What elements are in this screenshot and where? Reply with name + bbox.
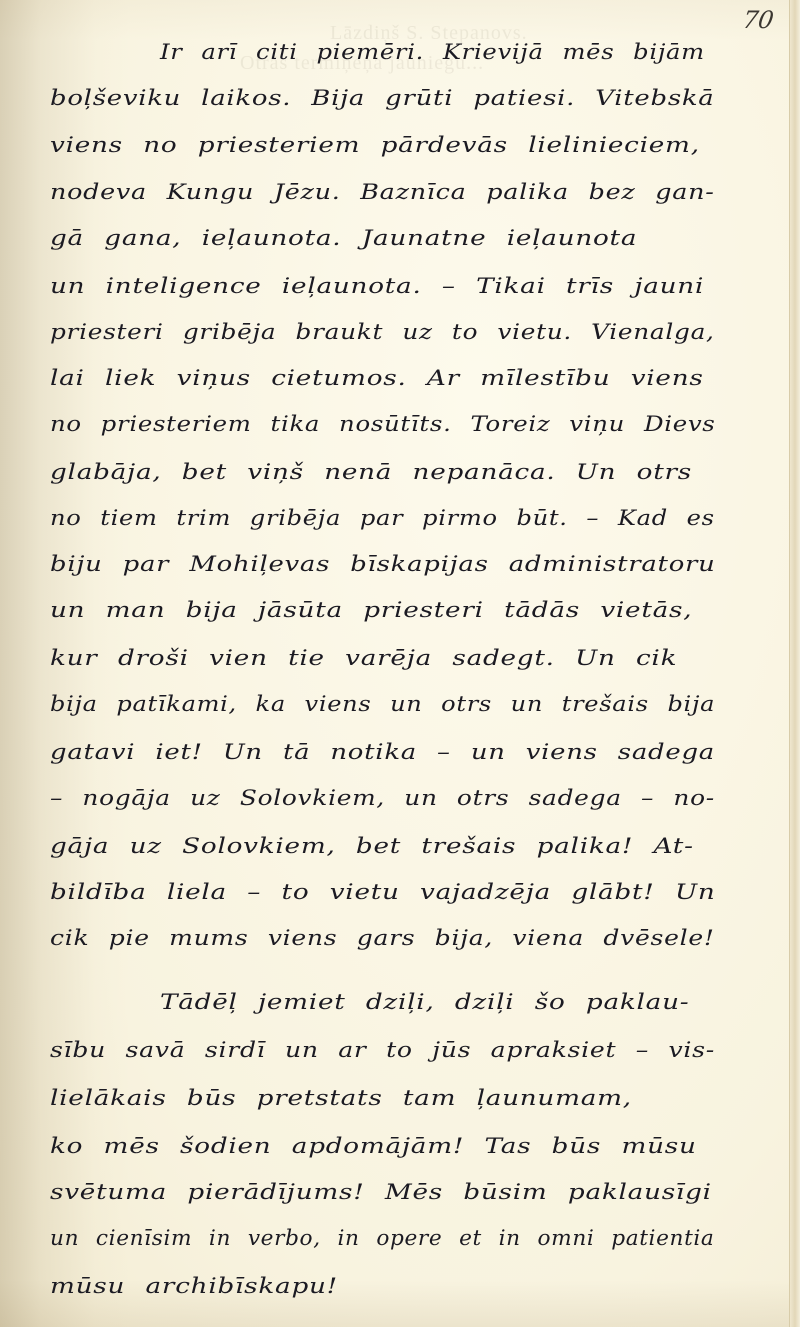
text-line: gā gana, ieļaunota. Jaunatne ieļaunota	[50, 226, 637, 271]
text-line: bildība liela – to vietu vajadzēja glābt…	[50, 880, 715, 925]
text-line: cik pie mums viens gars bija, viena dvēs…	[50, 926, 715, 971]
text-line: no tiem trim gribēja par pirmo būt. – Ka…	[50, 506, 715, 551]
text-line: kur droši vien tie varēja sadegt. Un cik	[50, 646, 677, 691]
text-line: Tādēļ jemiet dziļi, dziļi šo paklau-	[160, 990, 689, 1035]
text-line: sību savā sirdī un ar to jūs apraksiet –…	[50, 1038, 715, 1083]
text-line: viens no priesteriem pārdevās lielinieci…	[50, 133, 700, 178]
text-line: lai liek viņus cietumos. Ar mīlestību vi…	[50, 366, 704, 411]
text-line: – nogāja uz Solovkiem, un otrs sadega – …	[50, 786, 715, 831]
text-line: bija patīkami, ka viens un otrs un treša…	[50, 692, 715, 737]
text-line: mūsu archibīskapu!	[50, 1274, 338, 1319]
text-line: glabāja, bet viņš nenā nepanāca. Un otrs	[50, 460, 692, 505]
page-edge	[789, 0, 800, 1327]
text-line: svētuma pierādījums! Mēs būsim paklausīg…	[50, 1180, 712, 1225]
manuscript-page: Lāzdiņš S. Stepanovs. Otrās termiņeņa ja…	[0, 0, 800, 1327]
text-line: boļševiku laikos. Bija grūti patiesi. Vi…	[50, 86, 715, 131]
text-line: lielākais būs pretstats tam ļaunumam,	[50, 1086, 632, 1131]
text-line: un inteligence ieļaunota. – Tikai trīs j…	[50, 274, 704, 319]
text-line: gāja uz Solovkiem, bet trešais palika! A…	[50, 834, 694, 879]
text-line: no priesteriem tika nosūtīts. Toreiz viņ…	[50, 412, 716, 457]
page-number: 70	[741, 6, 775, 34]
text-line: ko mēs šodien apdomājām! Tas būs mūsu	[50, 1134, 697, 1179]
text-line: un man bija jāsūta priesteri tādās vietā…	[50, 598, 692, 643]
text-line: priesteri gribēja braukt uz to vietu. Vi…	[50, 320, 715, 365]
text-line: Ir arī citi piemēri. Krievijā mēs bijām	[160, 40, 705, 85]
text-line: un cienīsim in verbo, in opere et in omn…	[50, 1226, 714, 1271]
text-line: gatavi iet! Un tā notika – un viens sade…	[50, 740, 715, 785]
text-line: biju par Mohiļevas bīskapijas administra…	[50, 552, 716, 597]
text-line: nodeva Kungu Jēzu. Baznīca palika bez ga…	[50, 180, 715, 225]
